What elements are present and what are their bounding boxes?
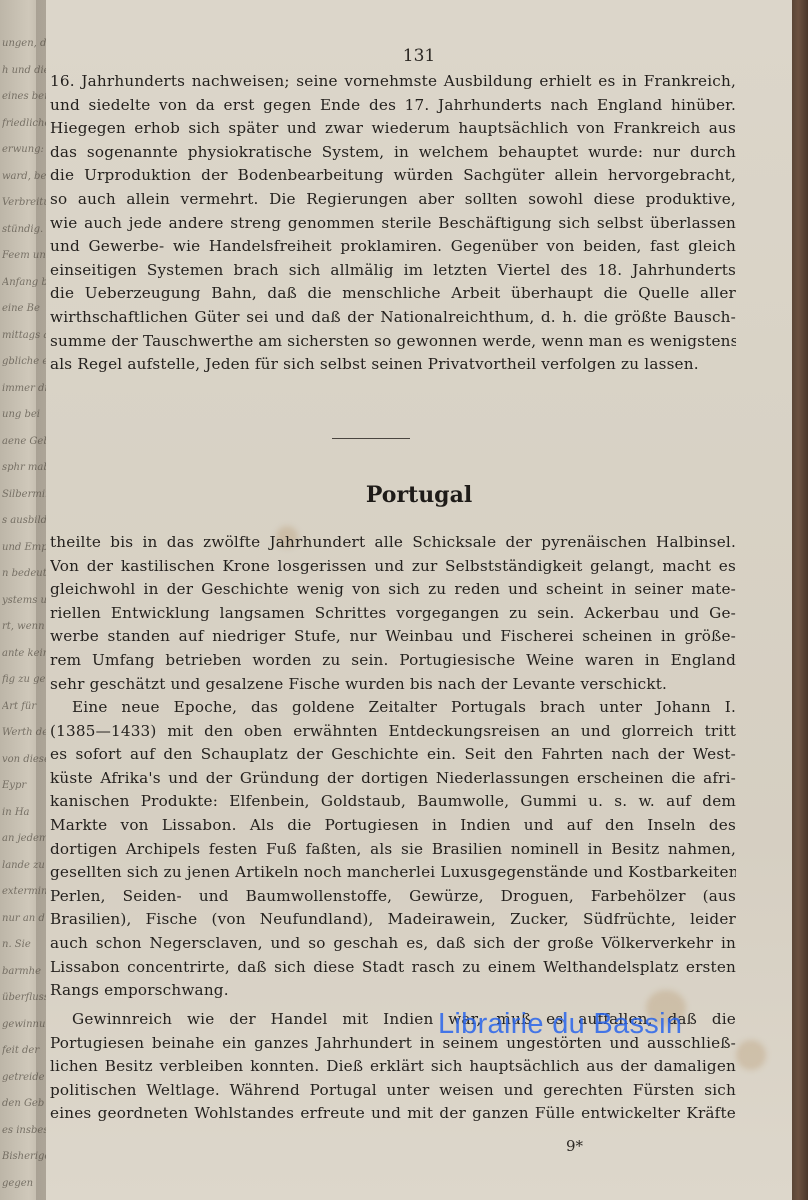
paragraph-continuation: 16. Jahrhunderts nachweisen; seine vorne…: [50, 70, 736, 377]
text-line: und siedelte von da erst gegen Ende des …: [50, 94, 736, 118]
text-line: 16. Jahrhunderts nachweisen; seine vorne…: [50, 70, 736, 94]
text-line: einseitigen Systemen brach sich allmälig…: [50, 259, 736, 283]
text-line: politischen Weltlage. Während Portugal u…: [50, 1079, 736, 1103]
text-line: gesellten sich zu jenen Artikeln noch ma…: [50, 861, 736, 885]
text-line: küste Afrika's und der Gründung der dort…: [50, 767, 736, 791]
text-line: riellen Entwicklung langsamen Schrittes …: [50, 602, 736, 626]
text-line: summe der Tauschwerthe am sichersten so …: [50, 330, 736, 354]
text-line: lichen Besitz verbleiben konnten. Dieß e…: [50, 1055, 736, 1079]
book-spread: ungen, dieh und dieeines benfriedlicheer…: [0, 0, 808, 1200]
section-separator-rule: [332, 438, 410, 439]
text-line: sehr geschätzt und gesalzene Fische wurd…: [50, 673, 736, 697]
text-line: Markte von Lissabon. Als die Portugiesen…: [50, 814, 736, 838]
signature-mark: 9*: [566, 1137, 583, 1155]
text-line: wie auch jede andere streng genommen ste…: [50, 212, 736, 236]
text-line: dortigen Archipels festen Fuß faßten, al…: [50, 838, 736, 862]
text-line: die Urproduktion der Bodenbearbeitung wü…: [50, 164, 736, 188]
text-line: kanischen Produkte: Elfenbein, Goldstaub…: [50, 790, 736, 814]
text-line: als Regel aufstelle, Jeden für sich selb…: [50, 353, 736, 377]
book-cover-edge: [792, 0, 808, 1200]
section-heading: Portugal: [46, 482, 792, 508]
text-line: gleichwohl in der Geschichte wenig von s…: [50, 578, 736, 602]
text-line: Lissabon concentrirte, daß sich diese St…: [50, 956, 736, 980]
text-line: Brasilien), Fische (von Neufundland), Ma…: [50, 908, 736, 932]
text-line: das sogenannte physiokratische System, i…: [50, 141, 736, 165]
text-line: Eine neue Epoche, das goldene Zeitalter …: [50, 696, 736, 720]
watermark: Librairie du Bassin: [438, 1008, 682, 1041]
page-number: 131: [46, 46, 792, 66]
text-line: eines geordneten Wohlstandes erfreute un…: [50, 1102, 736, 1126]
text-line: die Ueberzeugung Bahn, daß die menschlic…: [50, 282, 736, 306]
text-line: wirthschaftlichen Güter sei und daß der …: [50, 306, 736, 330]
text-line: Hiegegen erhob sich später und zwar wied…: [50, 117, 736, 141]
portugal-paragraph-1: theilte bis in das zwölfte Jahrhundert a…: [50, 531, 736, 696]
text-line: theilte bis in das zwölfte Jahrhundert a…: [50, 531, 736, 555]
text-line: auch schon Negersclaven, und so geschah …: [50, 932, 736, 956]
text-line: so auch allein vermehrt. Die Regierungen…: [50, 188, 736, 212]
text-line: rem Umfang betrieben worden zu sein. Por…: [50, 649, 736, 673]
text-line: (1385—1433) mit den oben erwähnten Entde…: [50, 720, 736, 744]
text-line: Von der kastilischen Krone losgerissen u…: [50, 555, 736, 579]
text-line: und Gewerbe- wie Handelsfreiheit proklam…: [50, 235, 736, 259]
text-line: Rangs emporschwang.: [50, 979, 736, 1003]
portugal-paragraph-2: Eine neue Epoche, das goldene Zeitalter …: [50, 696, 736, 1003]
text-line: Perlen, Seiden- und Baumwollenstoffe, Ge…: [50, 885, 736, 909]
text-line: es sofort auf den Schauplatz der Geschic…: [50, 743, 736, 767]
text-line: werbe standen auf niedriger Stufe, nur W…: [50, 625, 736, 649]
foxing-stain: [736, 1040, 766, 1070]
